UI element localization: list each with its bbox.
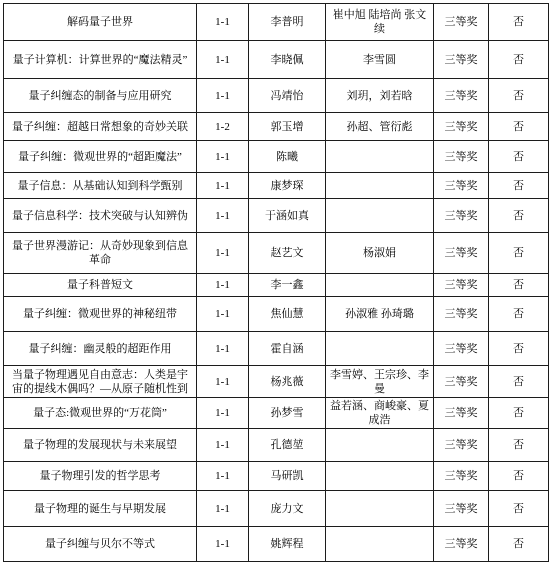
cell-coauthors: 李雪婷、王宗珍、李曼 xyxy=(326,366,434,398)
cell-entry-title: 量子世界漫游记：从奇妙现象到信息革命 xyxy=(4,233,197,274)
cell-author-name: 马研凯 xyxy=(249,462,326,491)
cell-author-name: 于涵如真 xyxy=(249,199,326,233)
cell-award-level: 三等奖 xyxy=(434,41,489,79)
table-row: 量子信息科学：技术突破与认知辨伪 1-1 于涵如真 三等奖 否 xyxy=(4,199,549,233)
cell-author-name: 李晓佩 xyxy=(249,41,326,79)
cell-coauthors xyxy=(326,274,434,297)
cell-entry-title: 量子物理引发的哲学思考 xyxy=(4,462,197,491)
cell-entry-title: 量子计算机：计算世界的“魔法精灵” xyxy=(4,41,197,79)
table-row: 量子纠缠：微观世界的神秘纽带 1-1 焦仙慧 孙淑雅 孙琦璐 三等奖 否 xyxy=(4,297,549,332)
cell-flag-value: 否 xyxy=(489,297,549,332)
cell-author-name: 孙梦雪 xyxy=(249,398,326,429)
cell-flag-value: 否 xyxy=(489,41,549,79)
cell-entry-title: 量子纠缠与贝尔不等式 xyxy=(4,527,197,562)
cell-author-name: 李普明 xyxy=(249,4,326,41)
cell-flag-value: 否 xyxy=(489,173,549,199)
cell-group-code: 1-1 xyxy=(197,491,249,527)
cell-flag-value: 否 xyxy=(489,398,549,429)
table-row: 量子纠缠：幽灵般的超距作用 1-1 霍自涵 三等奖 否 xyxy=(4,332,549,366)
cell-award-level: 三等奖 xyxy=(434,233,489,274)
cell-coauthors: 崔中旭 陆培尚 张文续 xyxy=(326,4,434,41)
cell-author-name: 冯靖怡 xyxy=(249,79,326,113)
cell-entry-title: 当量子物理遇见自由意志：人类是宇宙的提线木偶吗？—从原子随机性到 xyxy=(4,366,197,398)
cell-entry-title: 量子纠缠：超越日常想象的奇妙关联 xyxy=(4,113,197,141)
table-row: 量子物理的发展现状与未来展望 1-1 孔德堃 三等奖 否 xyxy=(4,429,549,462)
cell-award-level: 三等奖 xyxy=(434,462,489,491)
awards-table-body: 解码量子世界 1-1 李普明 崔中旭 陆培尚 张文续 三等奖 否 量子计算机：计… xyxy=(4,4,549,562)
cell-flag-value: 否 xyxy=(489,462,549,491)
cell-author-name: 霍自涵 xyxy=(249,332,326,366)
cell-group-code: 1-1 xyxy=(197,527,249,562)
cell-flag-value: 否 xyxy=(489,332,549,366)
cell-group-code: 1-1 xyxy=(197,297,249,332)
table-row: 量子科普短文 1-1 李一鑫 三等奖 否 xyxy=(4,274,549,297)
cell-coauthors xyxy=(326,429,434,462)
table-row: 量子信息：从基础认知到科学甄别 1-1 康梦琛 三等奖 否 xyxy=(4,173,549,199)
cell-author-name: 赵艺文 xyxy=(249,233,326,274)
cell-coauthors: 刘玥，刘若晗 xyxy=(326,79,434,113)
cell-flag-value: 否 xyxy=(489,491,549,527)
cell-author-name: 杨兆薇 xyxy=(249,366,326,398)
cell-group-code: 1-1 xyxy=(197,233,249,274)
cell-award-level: 三等奖 xyxy=(434,366,489,398)
cell-entry-title: 量子科普短文 xyxy=(4,274,197,297)
cell-award-level: 三等奖 xyxy=(434,4,489,41)
cell-coauthors xyxy=(326,462,434,491)
table-row: 量子纠缠：微观世界的“超距魔法” 1-1 陈曦 三等奖 否 xyxy=(4,141,549,173)
cell-coauthors: 益若涵、商峻豪、夏成浩 xyxy=(326,398,434,429)
cell-group-code: 1-2 xyxy=(197,113,249,141)
cell-award-level: 三等奖 xyxy=(434,398,489,429)
cell-group-code: 1-1 xyxy=(197,429,249,462)
cell-group-code: 1-1 xyxy=(197,4,249,41)
cell-flag-value: 否 xyxy=(489,4,549,41)
cell-group-code: 1-1 xyxy=(197,79,249,113)
cell-entry-title: 量子态:微观世界的“万花筒” xyxy=(4,398,197,429)
cell-coauthors xyxy=(326,527,434,562)
table-row: 量子纠缠态的制备与应用研究 1-1 冯靖怡 刘玥，刘若晗 三等奖 否 xyxy=(4,79,549,113)
table-row: 解码量子世界 1-1 李普明 崔中旭 陆培尚 张文续 三等奖 否 xyxy=(4,4,549,41)
cell-entry-title: 解码量子世界 xyxy=(4,4,197,41)
cell-coauthors: 孙超、管衍彪 xyxy=(326,113,434,141)
cell-group-code: 1-1 xyxy=(197,199,249,233)
cell-flag-value: 否 xyxy=(489,233,549,274)
cell-entry-title: 量子物理的诞生与早期发展 xyxy=(4,491,197,527)
cell-author-name: 孔德堃 xyxy=(249,429,326,462)
cell-entry-title: 量子信息：从基础认知到科学甄别 xyxy=(4,173,197,199)
cell-coauthors: 杨淑娟 xyxy=(326,233,434,274)
cell-author-name: 康梦琛 xyxy=(249,173,326,199)
cell-group-code: 1-1 xyxy=(197,366,249,398)
cell-coauthors: 李雪圆 xyxy=(326,41,434,79)
cell-group-code: 1-1 xyxy=(197,462,249,491)
cell-group-code: 1-1 xyxy=(197,332,249,366)
cell-flag-value: 否 xyxy=(489,429,549,462)
cell-entry-title: 量子纠缠：微观世界的“超距魔法” xyxy=(4,141,197,173)
cell-award-level: 三等奖 xyxy=(434,141,489,173)
cell-coauthors xyxy=(326,141,434,173)
cell-author-name: 庞力文 xyxy=(249,491,326,527)
table-row: 量子世界漫游记：从奇妙现象到信息革命 1-1 赵艺文 杨淑娟 三等奖 否 xyxy=(4,233,549,274)
table-row: 量子纠缠与贝尔不等式 1-1 姚辉程 三等奖 否 xyxy=(4,527,549,562)
cell-award-level: 三等奖 xyxy=(434,113,489,141)
cell-group-code: 1-1 xyxy=(197,173,249,199)
cell-flag-value: 否 xyxy=(489,79,549,113)
cell-award-level: 三等奖 xyxy=(434,429,489,462)
cell-author-name: 焦仙慧 xyxy=(249,297,326,332)
cell-entry-title: 量子纠缠：微观世界的神秘纽带 xyxy=(4,297,197,332)
cell-group-code: 1-1 xyxy=(197,41,249,79)
cell-award-level: 三等奖 xyxy=(434,491,489,527)
cell-entry-title: 量子物理的发展现状与未来展望 xyxy=(4,429,197,462)
table-row: 当量子物理遇见自由意志：人类是宇宙的提线木偶吗？—从原子随机性到 1-1 杨兆薇… xyxy=(4,366,549,398)
cell-flag-value: 否 xyxy=(489,199,549,233)
cell-entry-title: 量子信息科学：技术突破与认知辨伪 xyxy=(4,199,197,233)
cell-entry-title: 量子纠缠：幽灵般的超距作用 xyxy=(4,332,197,366)
cell-flag-value: 否 xyxy=(489,366,549,398)
cell-coauthors xyxy=(326,173,434,199)
table-row: 量子态:微观世界的“万花筒” 1-1 孙梦雪 益若涵、商峻豪、夏成浩 三等奖 否 xyxy=(4,398,549,429)
cell-award-level: 三等奖 xyxy=(434,199,489,233)
cell-group-code: 1-1 xyxy=(197,274,249,297)
table-row: 量子纠缠：超越日常想象的奇妙关联 1-2 郭玉增 孙超、管衍彪 三等奖 否 xyxy=(4,113,549,141)
cell-award-level: 三等奖 xyxy=(434,79,489,113)
cell-group-code: 1-1 xyxy=(197,398,249,429)
cell-flag-value: 否 xyxy=(489,527,549,562)
awards-table: 解码量子世界 1-1 李普明 崔中旭 陆培尚 张文续 三等奖 否 量子计算机：计… xyxy=(3,3,549,562)
table-row: 量子计算机：计算世界的“魔法精灵” 1-1 李晓佩 李雪圆 三等奖 否 xyxy=(4,41,549,79)
cell-award-level: 三等奖 xyxy=(434,274,489,297)
cell-group-code: 1-1 xyxy=(197,141,249,173)
cell-author-name: 陈曦 xyxy=(249,141,326,173)
cell-author-name: 姚辉程 xyxy=(249,527,326,562)
cell-entry-title: 量子纠缠态的制备与应用研究 xyxy=(4,79,197,113)
cell-coauthors xyxy=(326,491,434,527)
cell-award-level: 三等奖 xyxy=(434,332,489,366)
cell-flag-value: 否 xyxy=(489,274,549,297)
cell-award-level: 三等奖 xyxy=(434,527,489,562)
table-row: 量子物理的诞生与早期发展 1-1 庞力文 三等奖 否 xyxy=(4,491,549,527)
cell-author-name: 李一鑫 xyxy=(249,274,326,297)
cell-author-name: 郭玉增 xyxy=(249,113,326,141)
cell-award-level: 三等奖 xyxy=(434,297,489,332)
cell-coauthors xyxy=(326,332,434,366)
cell-coauthors xyxy=(326,199,434,233)
cell-coauthors: 孙淑雅 孙琦璐 xyxy=(326,297,434,332)
cell-flag-value: 否 xyxy=(489,113,549,141)
cell-flag-value: 否 xyxy=(489,141,549,173)
cell-award-level: 三等奖 xyxy=(434,173,489,199)
table-row: 量子物理引发的哲学思考 1-1 马研凯 三等奖 否 xyxy=(4,462,549,491)
